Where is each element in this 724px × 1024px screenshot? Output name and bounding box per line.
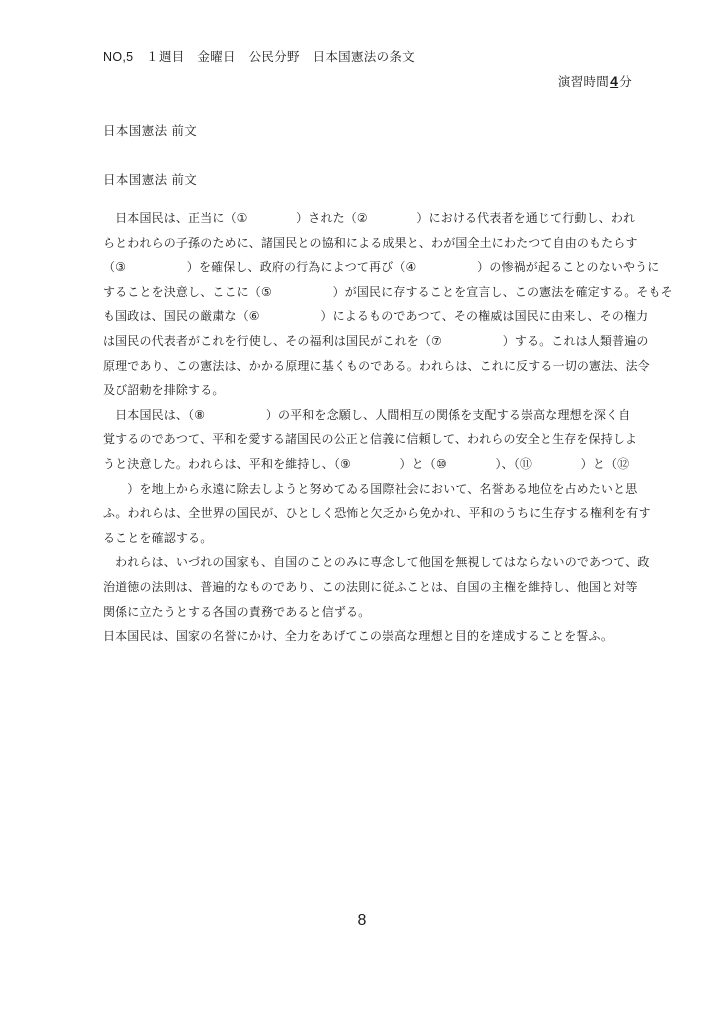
practice-time-label: 演習時間 (558, 75, 609, 89)
text-line: は国民の代表者がこれを行使し、その福利は国民がこれを（⑦ ）する。これは人類普遍… (103, 329, 637, 354)
page-number: 8 (0, 912, 724, 930)
practice-time: 演習時間4分 (558, 72, 632, 90)
text-line: らとわれらの子孫のために、諸国民との協和による成果と、わが国全土にわたつて自由の… (103, 231, 637, 256)
practice-time-unit: 分 (619, 75, 632, 89)
practice-time-value: 4 (609, 73, 619, 89)
text-line: ）を地上から永遠に除去しようと努めてゐる国際社会において、名誉ある地位を占めたい… (103, 477, 637, 502)
worksheet-header: NO,5 １週目 金曜日 公民分野 日本国憲法の条文 (103, 47, 415, 65)
text-line: ることを確認する。 (103, 526, 637, 551)
document-page: NO,5 １週目 金曜日 公民分野 日本国憲法の条文 演習時間4分 日本国憲法 … (0, 0, 724, 1024)
text-line: も国政は、国民の厳粛な（⑥ ）によるものであつて、その権威は国民に由来し、その権… (103, 304, 637, 329)
text-line: 覚するのであつて、平和を愛する諸国民の公正と信義に信頼して、われらの安全と生存を… (103, 427, 637, 452)
text-line: 日本国民は、正当に（① ）された（② ）における代表者を通じて行動し、われ (103, 206, 637, 231)
text-line: 原理であり、この憲法は、かかる原理に基くものである。われらは、これに反する一切の… (103, 354, 637, 379)
section-title-2: 日本国憲法 前文 (103, 170, 197, 188)
text-line: 日本国民は、国家の名誉にかけ、全力をあげてこの崇高な理想と目的を達成することを誓… (103, 624, 637, 649)
text-line: 治道徳の法則は、普遍的なものであり、この法則に従ふことは、自国の主権を維持し、他… (103, 575, 637, 600)
preamble-body: 日本国民は、正当に（① ）された（② ）における代表者を通じて行動し、われらとわ… (103, 206, 637, 649)
text-line: 日本国民は、（⑧ ）の平和を念願し、人間相互の関係を支配する崇高な理想を深く自 (103, 403, 637, 428)
text-line: うと決意した。われらは、平和を維持し、（⑨ ）と（⑩ ）、（⑪ ）と（⑫ (103, 452, 637, 477)
text-line: 及び詔勅を排除する。 (103, 378, 637, 403)
text-line: われらは、いづれの国家も、自国のことのみに専念して他国を無視してはならないのであ… (103, 550, 637, 575)
text-line: （③ ）を確保し、政府の行為によつて再び（④ ）の惨禍が起ることのないやうに (103, 255, 637, 280)
text-line: 関係に立たうとする各国の責務であると信ずる。 (103, 600, 637, 625)
text-line: ふ。われらは、全世界の国民が、ひとしく恐怖と欠乏から免かれ、平和のうちに生存する… (103, 501, 637, 526)
section-title-1: 日本国憲法 前文 (103, 121, 197, 139)
text-line: することを決意し、ここに（⑤ ）が国民に存することを宣言し、この憲法を確定する。… (103, 280, 637, 305)
